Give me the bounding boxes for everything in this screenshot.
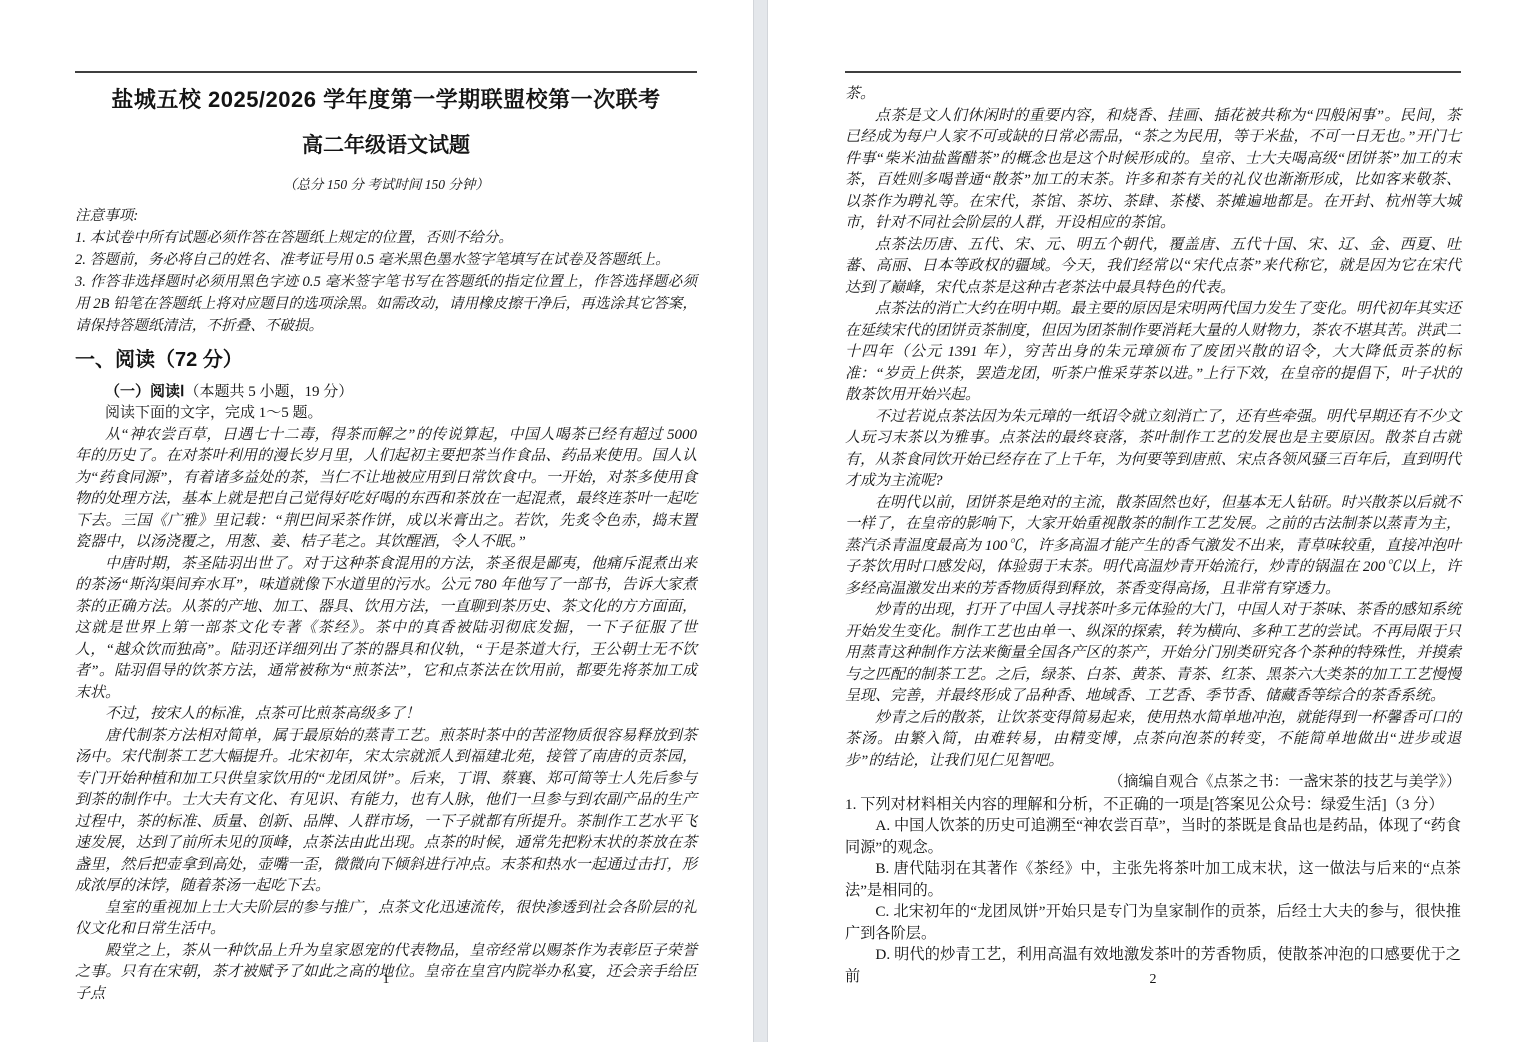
- passage-continuation: 茶。: [845, 84, 1461, 106]
- reading1-instruction: 阅读下面的文字，完成 1～5 题。: [75, 403, 697, 425]
- passage-paragraph: 点茶是文人们休闲时的重要内容，和烧香、挂画、插花被共称为“四般闲事”。民间，茶已…: [845, 106, 1461, 235]
- page2-header-rule: [845, 71, 1461, 73]
- page-1: 盐城五校 2025/2026 学年度第一学期联盟校第一次联考 高二年级语文试题 …: [75, 0, 697, 1042]
- page-gap-divider: [753, 0, 768, 1042]
- passage-paragraph: 点茶法历唐、五代、宋、元、明五个朝代，覆盖唐、五代十国、宋、辽、金、西夏、吐蕃、…: [845, 235, 1461, 300]
- exam-subject-title: 高二年级语文试题: [75, 132, 697, 160]
- notice-header: 注意事项:: [75, 205, 697, 227]
- section-heading-reading: 一、阅读（72 分）: [75, 346, 697, 374]
- page1-header-rule: [75, 71, 697, 73]
- notice-item: 1. 本试卷中所有试题必须作答在答题纸上规定的位置，否则不给分。: [75, 227, 697, 249]
- notice-block: 注意事项: 1. 本试卷中所有试题必须作答在答题纸上规定的位置，否则不给分。 2…: [75, 205, 697, 337]
- passage-paragraph: 皇室的重视加上士大夫阶层的参与推广，点茶文化迅速流传，很快渗透到社会各阶层的礼仪…: [75, 898, 697, 941]
- passage-paragraph: 炒青的出现，打开了中国人寻找茶叶多元体验的大门，中国人对于茶味、茶香的感知系统开…: [845, 600, 1461, 708]
- notice-item: 3. 作答非选择题时必须用黑色字迹 0.5 毫米签字笔书写在答题纸的指定位置上，…: [75, 271, 697, 337]
- passage-paragraph: 炒青之后的散茶，让饮茶变得简易起来，使用热水简单地冲泡，就能得到一杯馨香可口的茶…: [845, 708, 1461, 773]
- passage-paragraph: 不过若说点茶法因为朱元璋的一纸诏令就立刻消亡了，还有些牵强。明代早期还有不少文人…: [845, 407, 1461, 493]
- passage-attribution: （摘编自观合《点茶之书：一盏宋茶的技艺与美学》）: [845, 772, 1461, 794]
- exam-document: 盐城五校 2025/2026 学年度第一学期联盟校第一次联考 高二年级语文试题 …: [0, 0, 1524, 1042]
- page1-number: 1: [75, 972, 697, 988]
- question-1-option-c: C. 北宋初年的“龙团凤饼”开始只是专门为皇家制作的贡茶，后经士大夫的参与，很快…: [845, 901, 1461, 944]
- passage-paragraph: 点茶法的消亡大约在明中期。最主要的原因是宋明两代国力发生了变化。明代初年其实还在…: [845, 299, 1461, 407]
- reading1-heading-bold: （一）阅读Ⅰ: [105, 383, 184, 400]
- passage-paragraph: 从“神农尝百草，日遇七十二毒，得茶而解之”的传说算起，中国人喝茶已经有超过 50…: [75, 425, 697, 554]
- reading1-heading: （一）阅读Ⅰ（本题共 5 小题，19 分）: [75, 381, 697, 403]
- question-1-stem: 1. 下列对材料相关内容的理解和分析，不正确的一项是[答案见公众号：绿爱生活]（…: [845, 794, 1461, 816]
- page-2: 茶。 点茶是文人们休闲时的重要内容，和烧香、挂画、插花被共称为“四般闲事”。民间…: [845, 0, 1461, 1042]
- question-1-option-a: A. 中国人饮茶的历史可追溯至“神农尝百草”，当时的茶既是食品也是药品，体现了“…: [845, 815, 1461, 858]
- passage-paragraph: 不过，按宋人的标准，点茶可比煎茶高级多了！: [75, 704, 697, 726]
- question-1-option-b: B. 唐代陆羽在其著作《茶经》中，主张先将茶叶加工成末状，这一做法与后来的“点茶…: [845, 858, 1461, 901]
- reading1-heading-rest: （本题共 5 小题，19 分）: [184, 384, 353, 400]
- score-and-time-line: （总分 150 分 考试时间 150 分钟）: [75, 176, 697, 194]
- page2-number: 2: [845, 972, 1461, 988]
- passage-paragraph: 唐代制茶方法相对简单，属于最原始的蒸青工艺。煎茶时茶中的苦涩物质很容易释放到茶汤…: [75, 726, 697, 898]
- exam-title: 盐城五校 2025/2026 学年度第一学期联盟校第一次联考: [75, 85, 697, 115]
- passage-paragraph: 在明代以前，团饼茶是绝对的主流，散茶固然也好，但基本无人钻研。时兴散茶以后就不一…: [845, 493, 1461, 601]
- notice-item: 2. 答题前，务必将自己的姓名、准考证号用 0.5 毫米黑色墨水签字笔填写在试卷…: [75, 249, 697, 271]
- passage-paragraph: 中唐时期，茶圣陆羽出世了。对于这种茶食混用的方法，茶圣很是鄙夷，他痛斥混煮出来的…: [75, 554, 697, 705]
